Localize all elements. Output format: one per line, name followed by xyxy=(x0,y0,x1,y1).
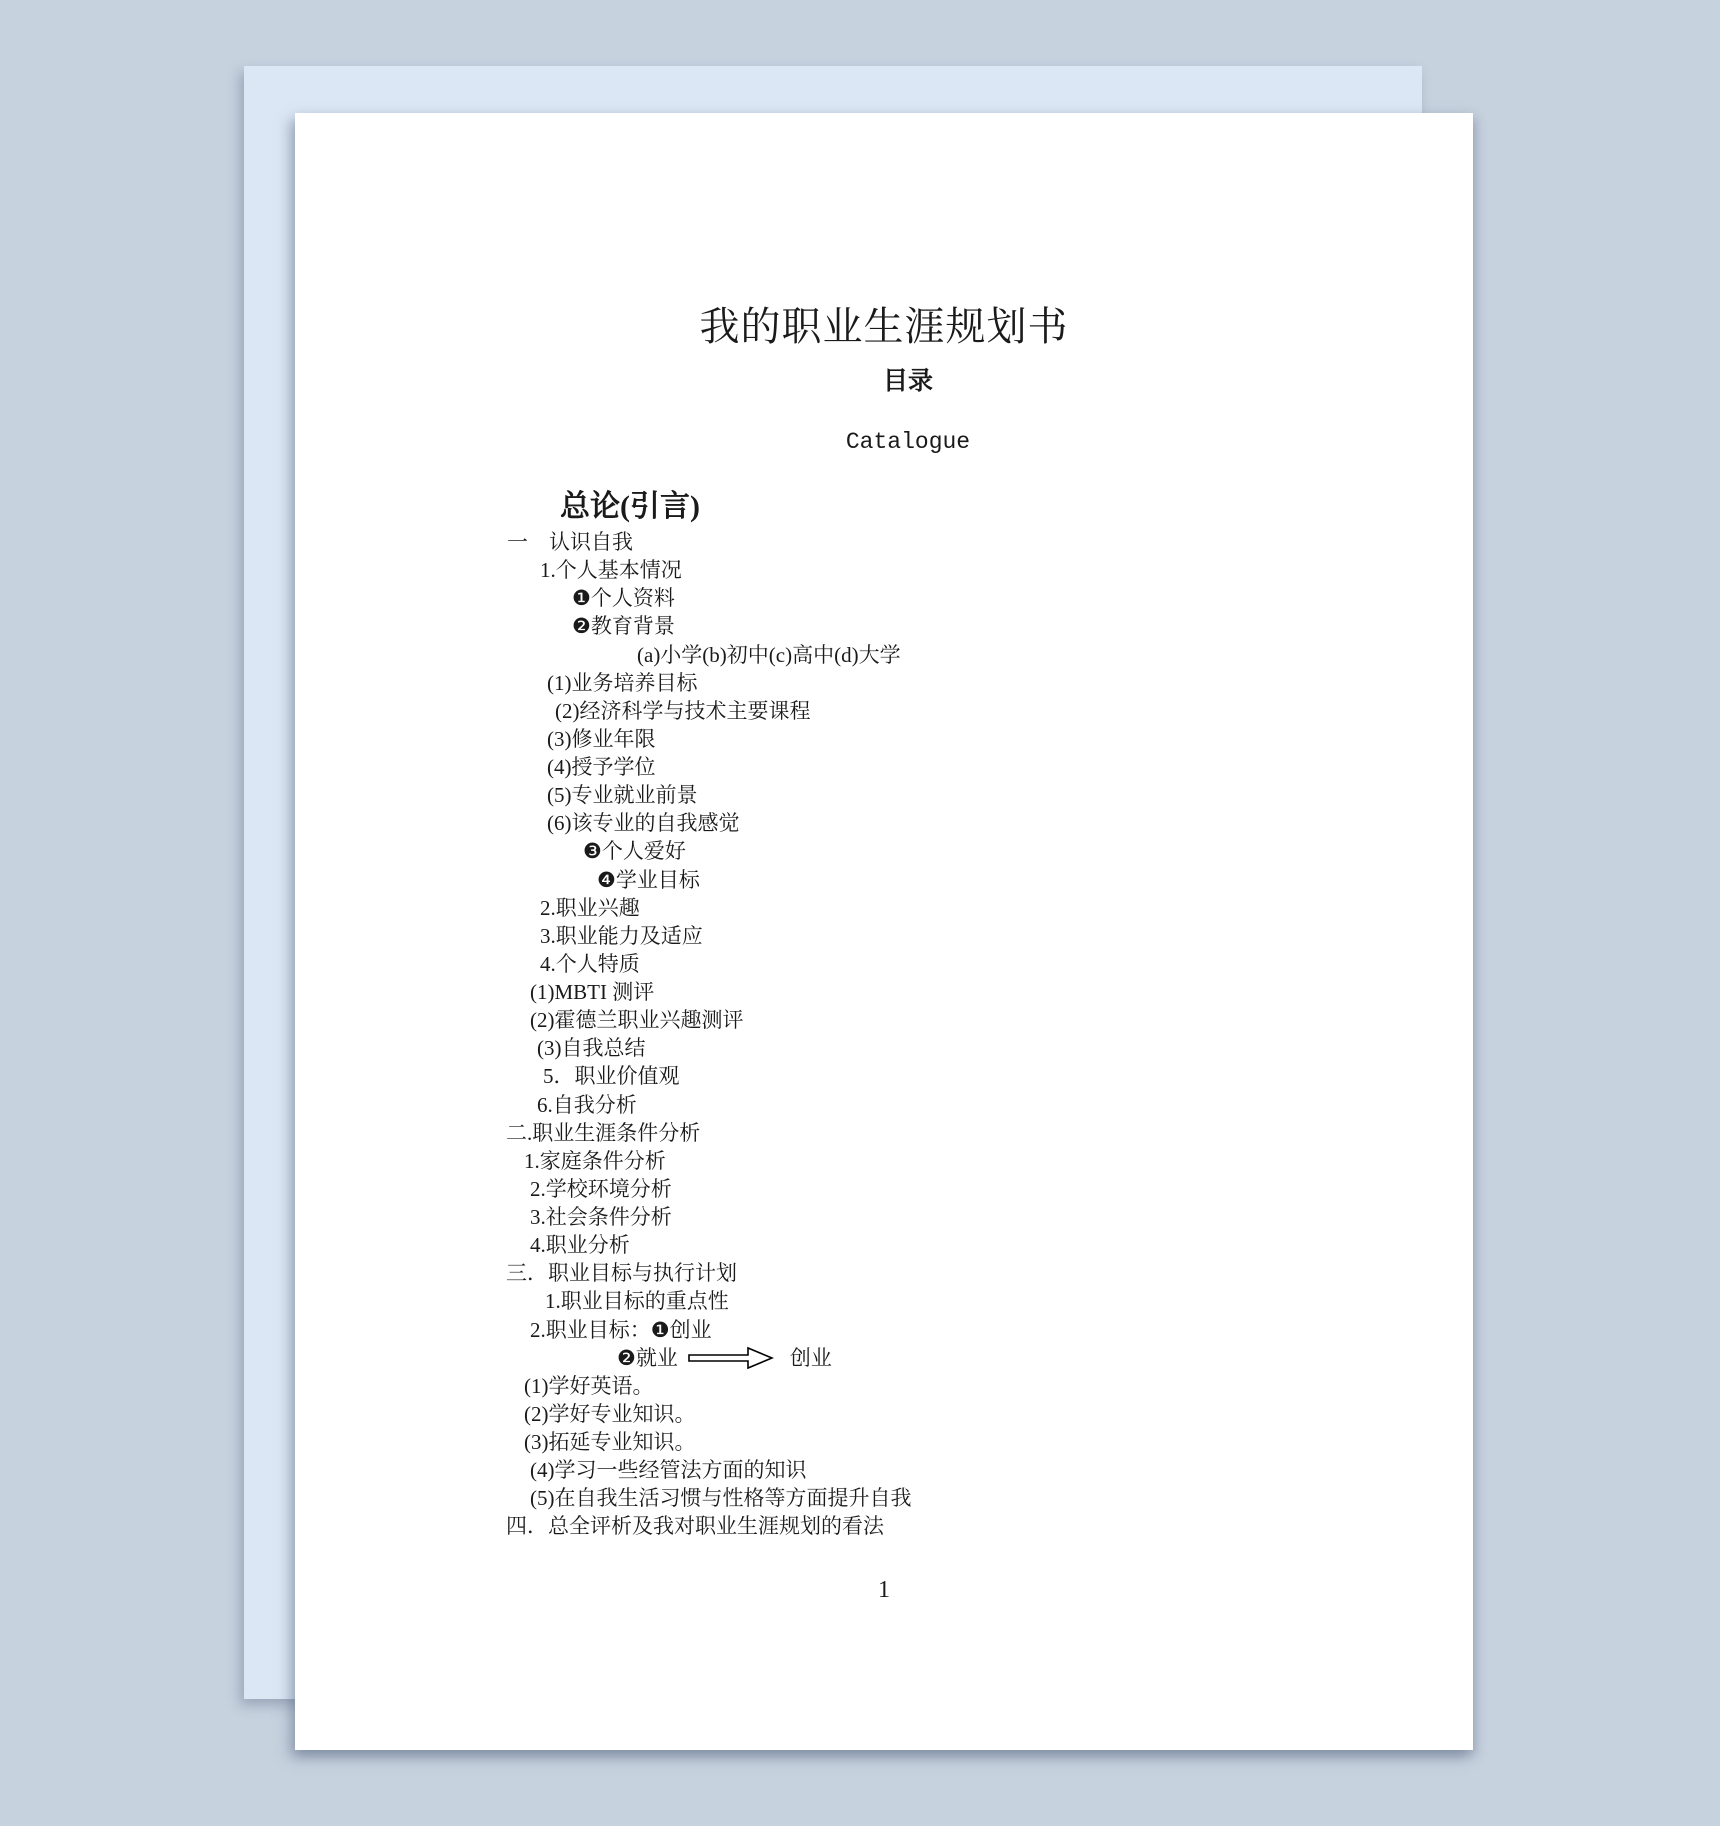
toc-line: (4)学习一些经管法方面的知识 xyxy=(295,1456,1473,1484)
toc-line: 4.职业分析 xyxy=(295,1231,1473,1259)
toc-line: (a)小学(b)初中(c)高中(d)大学 xyxy=(295,641,1473,669)
toc-arrow-target-label: 创业 xyxy=(790,1346,832,1370)
toc-line: (1)MBTI 测评 xyxy=(295,978,1473,1006)
toc-line: ❸个人爱好 xyxy=(295,837,1473,865)
right-block-arrow-icon xyxy=(688,1346,774,1370)
toc-line: 2.学校环境分析 xyxy=(295,1175,1473,1203)
toc-line: 4.个人特质 xyxy=(295,950,1473,978)
toc-line: (2)学好专业知识。 xyxy=(295,1400,1473,1428)
toc-heading-english: Catalogue xyxy=(319,428,1497,456)
toc-line: (5)在自我生活习惯与性格等方面提升自我 xyxy=(295,1484,1473,1512)
toc-line: (3)拓延专业知识。 xyxy=(295,1428,1473,1456)
page-number: 1 xyxy=(295,1575,1473,1605)
table-of-contents: 一 认识自我1.个人基本情况❶个人资料❷教育背景(a)小学(b)初中(c)高中(… xyxy=(295,528,1473,1541)
toc-line: (2)经济科学与技术主要课程 xyxy=(295,697,1473,725)
document-page: 我的职业生涯规划书 目录 Catalogue 总论(引言) 一 认识自我1.个人… xyxy=(295,113,1473,1750)
toc-line: (3)自我总结 xyxy=(295,1034,1473,1062)
toc-line: (4)授予学位 xyxy=(295,753,1473,781)
toc-line-arrow: ❷就业创业 xyxy=(295,1344,1473,1372)
toc-line: 6.自我分析 xyxy=(295,1091,1473,1119)
toc-line: ❷教育背景 xyxy=(295,612,1473,640)
toc-line: 1.职业目标的重点性 xyxy=(295,1287,1473,1315)
toc-line: (6)该专业的自我感觉 xyxy=(295,809,1473,837)
document-title: 我的职业生涯规划书 xyxy=(295,303,1473,351)
toc-line: (1)业务培养目标 xyxy=(295,669,1473,697)
toc-line: 2.职业目标：❶创业 xyxy=(295,1316,1473,1344)
toc-line: (1)学好英语。 xyxy=(295,1372,1473,1400)
toc-line: ❹学业目标 xyxy=(295,866,1473,894)
toc-line: 3.社会条件分析 xyxy=(295,1203,1473,1231)
toc-line: (3)修业年限 xyxy=(295,725,1473,753)
toc-line: 1.家庭条件分析 xyxy=(295,1147,1473,1175)
toc-line: 一 认识自我 xyxy=(295,528,1473,556)
toc-line: (2)霍德兰职业兴趣测评 xyxy=(295,1006,1473,1034)
toc-line: (5)专业就业前景 xyxy=(295,781,1473,809)
toc-heading-chinese: 目录 xyxy=(319,367,1497,397)
toc-line: 三．职业目标与执行计划 xyxy=(295,1259,1473,1287)
toc-line: 2.职业兴趣 xyxy=(295,894,1473,922)
toc-line: 3.职业能力及适应 xyxy=(295,922,1473,950)
toc-line: ❶个人资料 xyxy=(295,584,1473,612)
toc-line: 二.职业生涯条件分析 xyxy=(295,1119,1473,1147)
toc-arrow-source-label: ❷就业 xyxy=(617,1346,678,1370)
toc-line: 四．总全评析及我对职业生涯规划的看法 xyxy=(295,1512,1473,1540)
toc-line: 5．职业价值观 xyxy=(295,1062,1473,1090)
toc-line: 1.个人基本情况 xyxy=(295,556,1473,584)
section-heading-introduction: 总论(引言) xyxy=(560,489,700,525)
